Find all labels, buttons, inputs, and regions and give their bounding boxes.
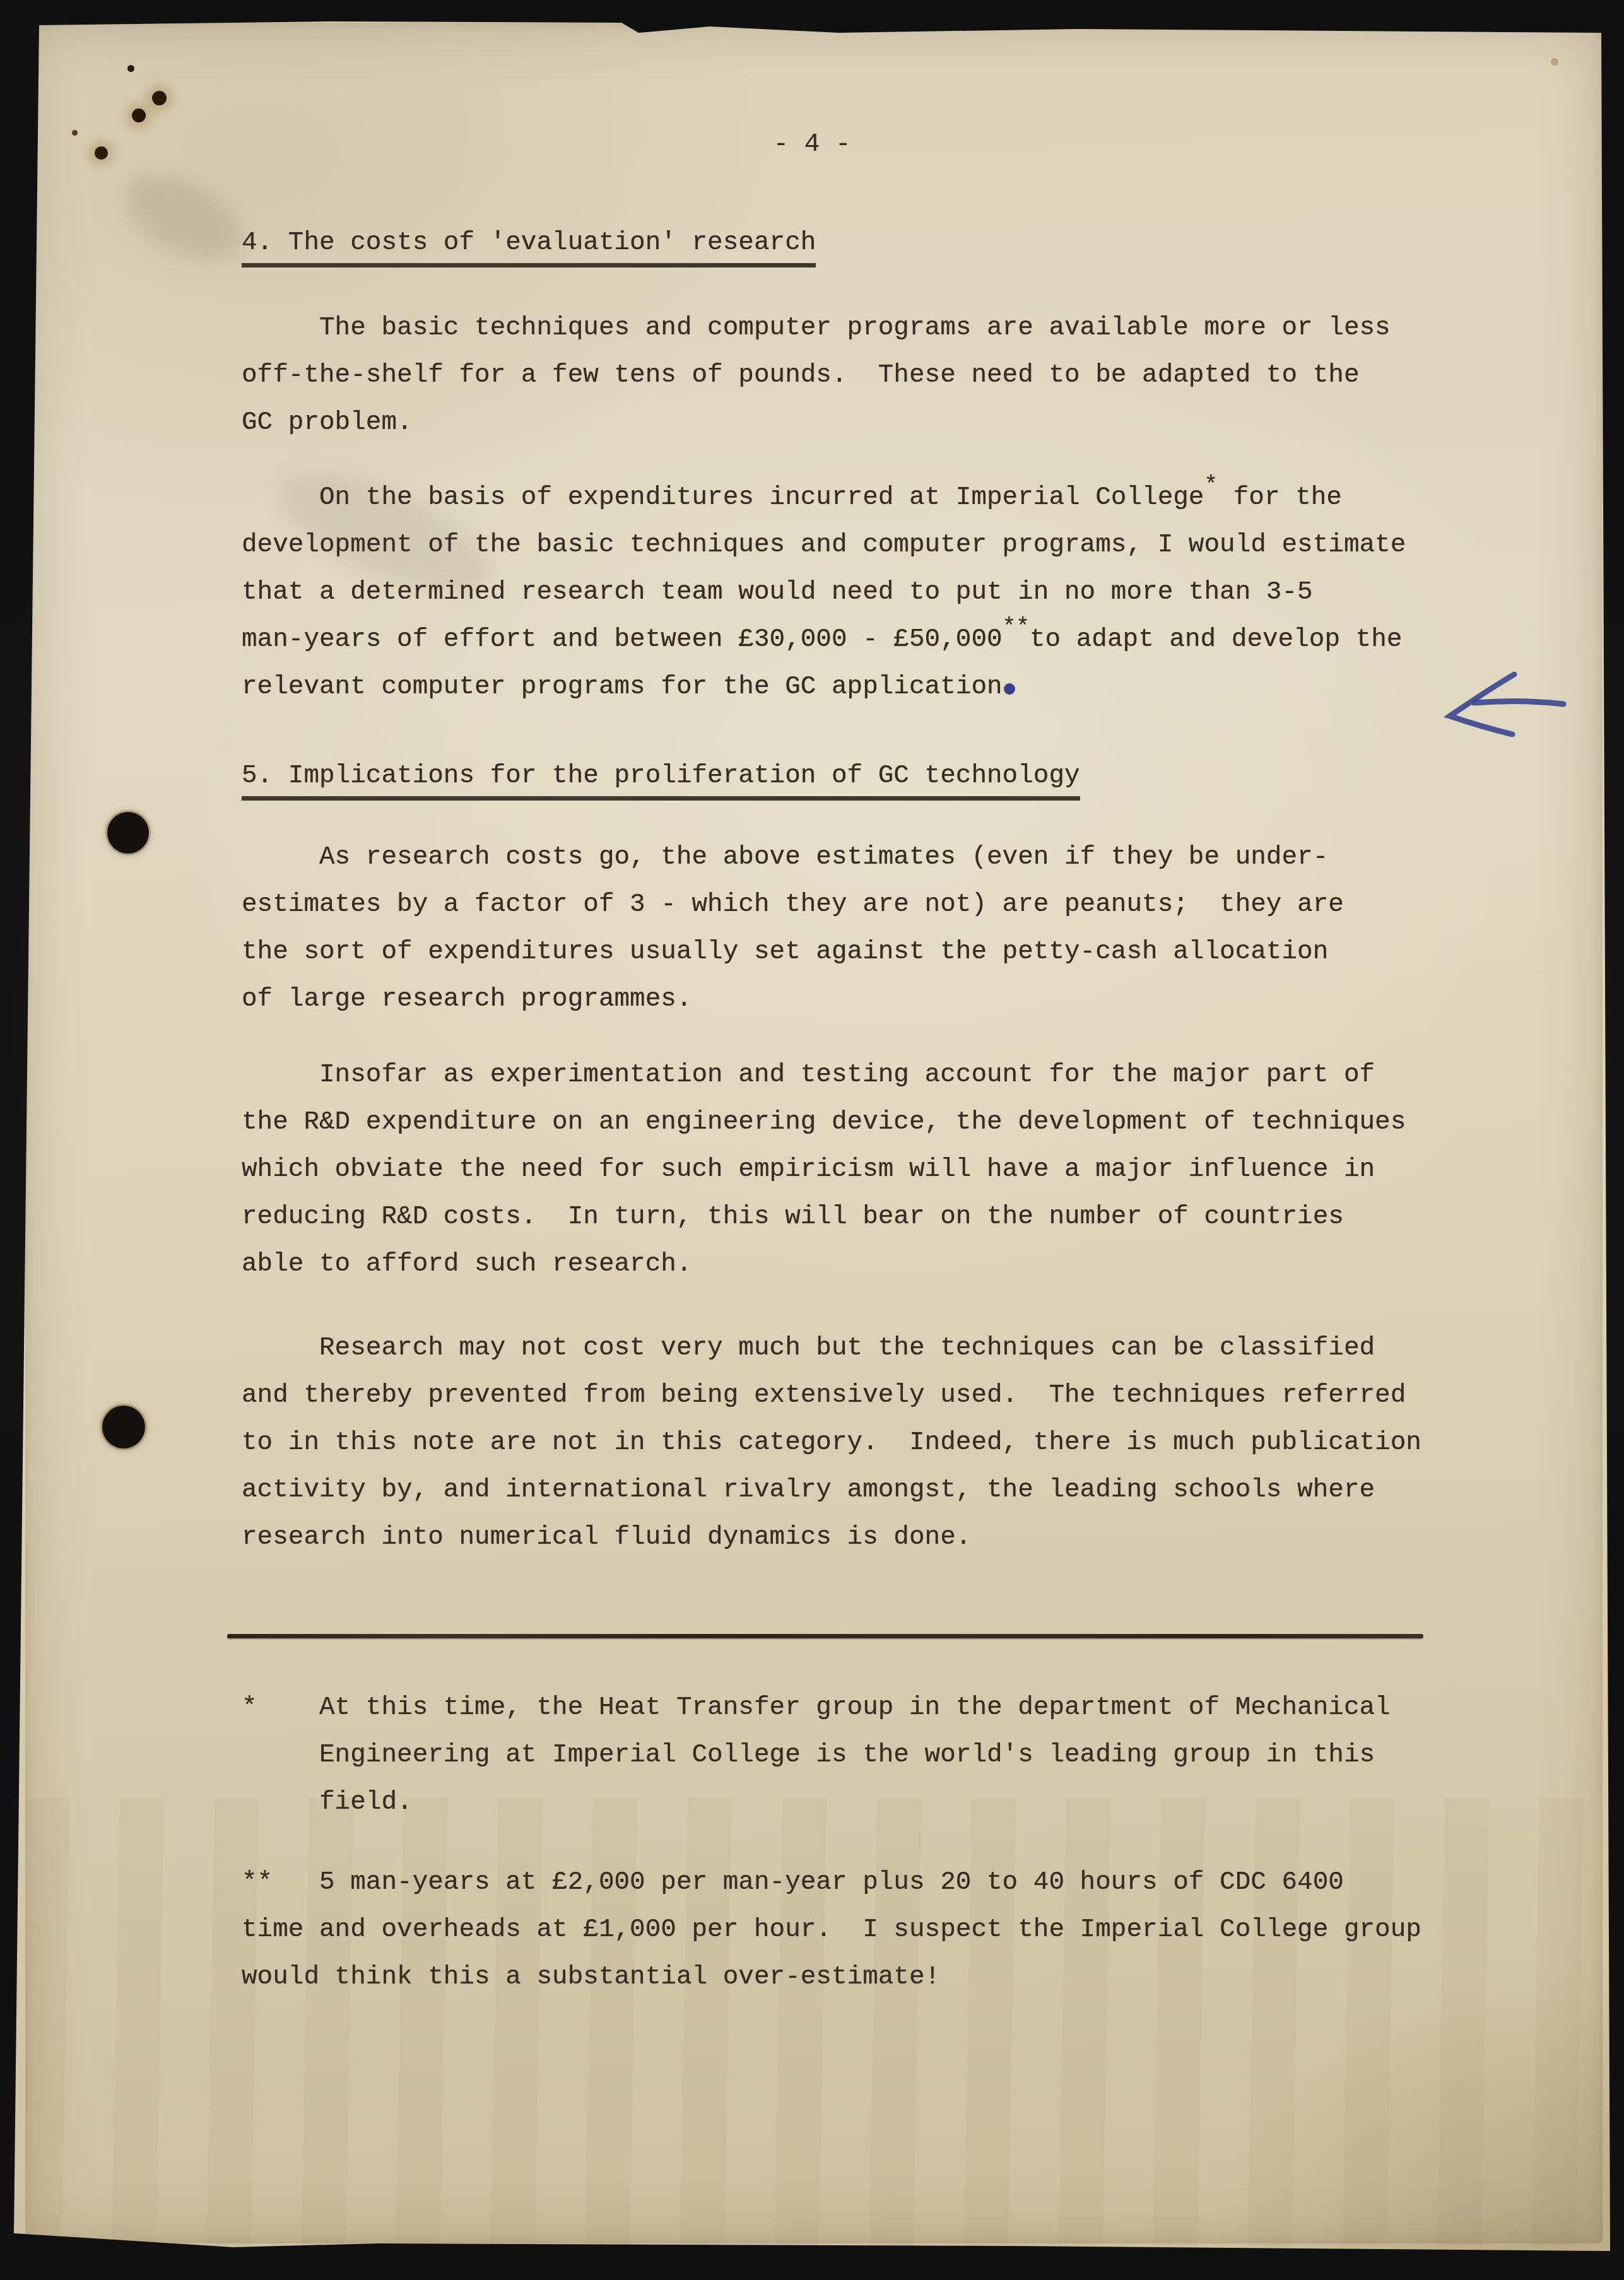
typed-line: able to afford such research. bbox=[242, 1241, 1406, 1288]
stain-mark bbox=[127, 65, 134, 72]
footnote-reference: * bbox=[1204, 462, 1218, 509]
typed-line: of large research programmes. bbox=[242, 976, 1344, 1023]
footnote-reference: ** bbox=[1003, 604, 1030, 651]
typed-line: off-the-shelf for a few tens of pounds. … bbox=[242, 352, 1391, 399]
typed-line: The basic techniques and computer progra… bbox=[242, 305, 1391, 352]
typed-line: * At this time, the Heat Transfer group … bbox=[242, 1684, 1391, 1732]
typed-line: research into numerical fluid dynamics i… bbox=[242, 1514, 1421, 1561]
paragraph: Insofar as experimentation and testing a… bbox=[242, 1052, 1406, 1288]
typed-line: On the basis of expenditures incurred at… bbox=[242, 474, 1406, 522]
paragraph: As research costs go, the above estimate… bbox=[242, 834, 1344, 1023]
document-page: - 4 - 4. The costs of 'evaluation' resea… bbox=[0, 0, 1624, 2280]
page-number: - 4 - bbox=[0, 121, 1624, 168]
section-heading: 4. The costs of 'evaluation' research bbox=[242, 220, 816, 267]
typed-line: estimates by a factor of 3 - which they … bbox=[242, 881, 1344, 929]
burn-mark bbox=[152, 91, 167, 105]
blue-ink-dot: . bbox=[1004, 683, 1015, 695]
typed-line: reducing R&D costs. In turn, this will b… bbox=[242, 1194, 1406, 1241]
section-heading-underlined: 5. Implications for the proliferation of… bbox=[242, 761, 1080, 801]
typed-line: which obviate the need for such empirici… bbox=[242, 1146, 1406, 1194]
punch-hole bbox=[102, 1406, 145, 1449]
paragraph: The basic techniques and computer progra… bbox=[242, 305, 1391, 447]
typed-line: field. bbox=[242, 1779, 1391, 1826]
footnote: ** 5 man-years at £2,000 per man-year pl… bbox=[242, 1859, 1421, 2001]
typed-line: Research may not cost very much but the … bbox=[242, 1325, 1421, 1372]
paragraph: Research may not cost very much but the … bbox=[242, 1325, 1421, 1561]
typed-line: development of the basic techniques and … bbox=[242, 522, 1406, 569]
typed-line: Insofar as experimentation and testing a… bbox=[242, 1052, 1406, 1099]
paragraph: On the basis of expenditures incurred at… bbox=[242, 474, 1406, 711]
typed-line: that a determined research team would ne… bbox=[242, 569, 1406, 616]
typed-line: would think this a substantial over-esti… bbox=[242, 1954, 1421, 2001]
typed-line: ** 5 man-years at £2,000 per man-year pl… bbox=[242, 1859, 1421, 1907]
typed-line: Engineering at Imperial College is the w… bbox=[242, 1732, 1391, 1779]
typed-line: activity by, and international rivalry a… bbox=[242, 1467, 1421, 1514]
typed-line: man-years of effort and between £30,000 … bbox=[242, 616, 1406, 664]
punch-hole bbox=[107, 812, 149, 854]
typed-line: relevant computer programs for the GC ap… bbox=[242, 664, 1406, 711]
typed-line: the sort of expenditures usually set aga… bbox=[242, 929, 1344, 976]
stain-mark bbox=[1551, 58, 1558, 66]
handwritten-arrow-annotation bbox=[1432, 656, 1584, 751]
typed-line: and thereby prevented from being extensi… bbox=[242, 1372, 1421, 1419]
footnote: * At this time, the Heat Transfer group … bbox=[242, 1684, 1391, 1826]
section-heading-underlined: 4. The costs of 'evaluation' research bbox=[242, 228, 816, 267]
typed-line: As research costs go, the above estimate… bbox=[242, 834, 1344, 881]
typed-line: time and overheads at £1,000 per hour. I… bbox=[242, 1907, 1421, 1954]
typed-line: GC problem. bbox=[242, 399, 1391, 447]
footnote-separator bbox=[227, 1634, 1423, 1638]
burn-mark bbox=[132, 109, 146, 122]
scan-background: - 4 - 4. The costs of 'evaluation' resea… bbox=[0, 0, 1624, 2280]
section-heading: 5. Implications for the proliferation of… bbox=[242, 753, 1080, 800]
typed-line: the R&D expenditure on an engineering de… bbox=[242, 1099, 1406, 1146]
typed-line: to in this note are not in this category… bbox=[242, 1419, 1421, 1467]
